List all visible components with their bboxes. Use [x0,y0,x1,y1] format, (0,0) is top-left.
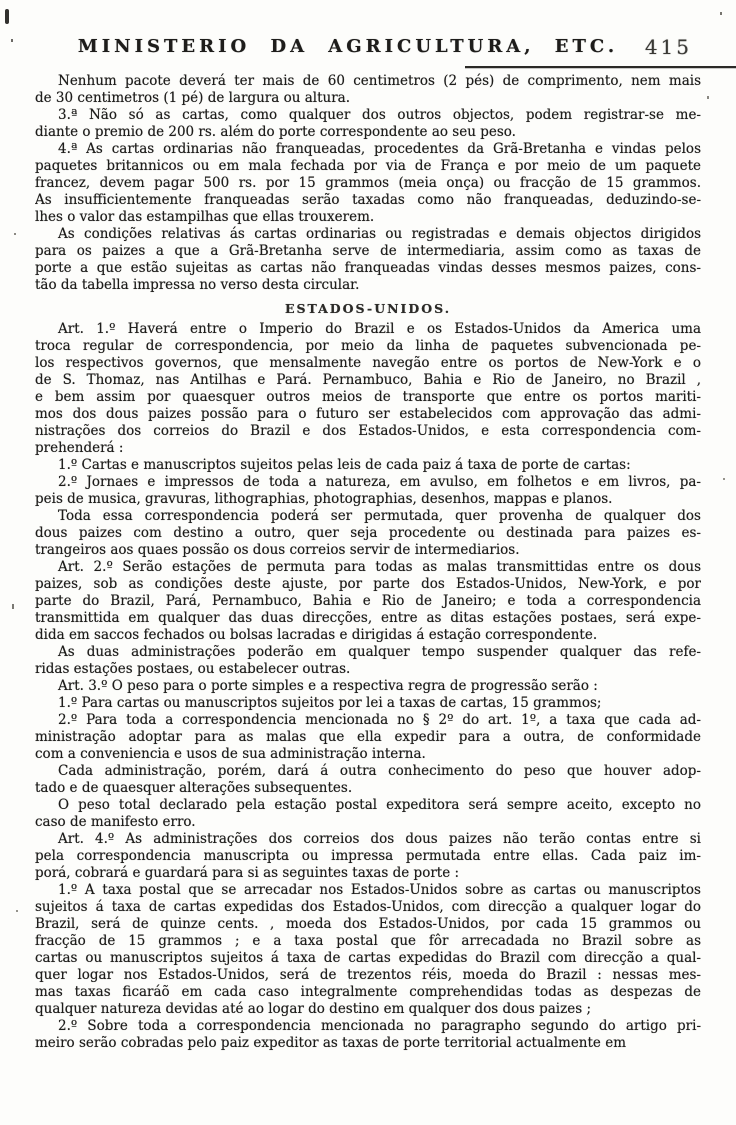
text-line: peis de musica, gravuras, lithographias,… [35,491,701,508]
text-line: com a conveniencia e usos de sua adminis… [35,746,701,763]
scan-speck [720,12,722,15]
paragraph: Art. 2.º Serão estações de permuta para … [35,559,701,644]
text-line: paizes, sob as condições deste ajuste, p… [35,576,701,593]
text-line: Cada administração, porém, dará á outra … [35,763,701,780]
text-line: troca regular de correspondencia, por me… [35,338,701,355]
paragraph: 1.º A taxa postal que se arrecadar nos E… [35,882,701,1018]
paragraph: Nenhum pacote deverá ter mais de 60 cent… [35,73,701,107]
paragraph: O peso total declarado pela estação post… [35,797,701,831]
text-line: Art. 1.º Haverá entre o Imperio do Brazi… [35,321,701,338]
paragraph: As condições relativas ás cartas ordinar… [35,226,701,294]
text-line: porá, cobrará e guardará para si as segu… [35,865,701,882]
text-line: de S. Thomaz, nas Antilhas e Pará. Perna… [35,372,701,389]
text-line: dida em saccos fechados ou bolsas lacrad… [35,627,701,644]
paragraph: Cada administração, porém, dará á outra … [35,763,701,797]
scanned-document-page: MINISTERIO DA AGRICULTURA, ETC. 415 Nenh… [0,0,736,1125]
text-line: 2.º Sobre toda a correspondencia mencion… [35,1018,701,1035]
text-line: mos dos dous paizes possão para o futuro… [35,406,701,423]
text-line: As condições relativas ás cartas ordinar… [35,226,701,243]
text-line: Art. 2.º Serão estações de permuta para … [35,559,701,576]
paragraph: 4.ª As cartas ordinarias não franqueadas… [35,141,701,226]
paragraph: Art. 4.º As administrações dos correios … [35,831,701,882]
page-number: 415 [645,35,692,59]
text-line: Art. 4.º As administrações dos correios … [35,831,701,848]
text-line: parte do Brazil, Pará, Pernambuco, Bahia… [35,593,701,610]
paragraph: Art. 3.º O peso para o porte simples e a… [35,678,701,695]
scan-speck [12,604,14,609]
page-title: MINISTERIO DA AGRICULTURA, ETC. [0,36,696,57]
text-line: 1.º Para cartas ou manuscriptos sujeitos… [35,695,701,712]
text-line: para os paizes a que a Grã-Bretanha serv… [35,243,701,260]
text-line: qualquer natureza devidas até ao logar d… [35,1001,701,1018]
text-line: de 30 centimetros (1 pé) de largura ou a… [35,90,701,107]
text-line: tão da tabella impressa no verso desta c… [35,277,701,294]
document-body: Nenhum pacote deverá ter mais de 60 cent… [35,73,701,1052]
text-line: francez, devem pagar 500 rs. por 15 gram… [35,175,701,192]
paragraph: Toda essa correspondencia poderá ser per… [35,508,701,559]
scan-speck [5,9,9,24]
scan-speck [16,910,18,912]
text-line: meiro serão cobradas pelo paiz expeditor… [35,1035,701,1052]
paragraph: 2.º Sobre toda a correspondencia mencion… [35,1018,701,1052]
text-line: 1.º A taxa postal que se arrecadar nos E… [35,882,701,899]
text-line: 2.º Jornaes e impressos de toda a nature… [35,474,701,491]
header-rule [465,66,736,68]
text-line: cartas ou manuscriptos sujeitos á taxa d… [35,950,701,967]
text-line: As duas administrações poderão em qualqu… [35,644,701,661]
text-line: transmittida em qualquer das duas direcç… [35,610,701,627]
text-line: 1.º Cartas e manuscriptos sujeitos pelas… [35,457,701,474]
text-line: 2.º Para toda a correspondencia menciona… [35,712,701,729]
paragraph: 2.º Jornaes e impressos de toda a nature… [35,474,701,508]
text-line: 3.ª Não só as cartas, como qualquer dos … [35,107,701,124]
scan-speck [14,233,16,235]
scan-speck [723,478,725,480]
text-line: quer logar nos Estados-Unidos, será de t… [35,967,701,984]
text-line: nistrações dos correios do Brazil e dos … [35,423,701,440]
text-line: caso de manifesto erro. [35,814,701,831]
text-line: e bem assim por quaesquer outros meios d… [35,389,701,406]
section-heading: ESTADOS-UNIDOS. [35,300,701,317]
text-line: ridas estações postaes, ou estabelecer o… [35,661,701,678]
text-line: sujeitos á taxa de cartas expedidas dos … [35,899,701,916]
text-line: O peso total declarado pela estação post… [35,797,701,814]
paragraph: Art. 1.º Haverá entre o Imperio do Brazi… [35,321,701,457]
text-line: trangeiros aos quaes possão os dous corr… [35,542,701,559]
text-line: dous paizes com destino a outro, quer se… [35,525,701,542]
text-line: porte a que estão sujeitas as cartas não… [35,260,701,277]
text-line: diante o premio de 200 rs. além do porte… [35,124,701,141]
paragraph: 2.º Para toda a correspondencia menciona… [35,712,701,763]
text-line: fracção de 15 grammos ; e a taxa postal … [35,933,701,950]
text-line: Brazil, será de quinze cents. , moeda do… [35,916,701,933]
text-line: ministração adoptar para as malas que el… [35,729,701,746]
paragraph: 1.º Cartas e manuscriptos sujeitos pelas… [35,457,701,474]
text-line: paquetes britannicos ou em mala fechada … [35,158,701,175]
text-line: tado e de quaesquer alterações subsequen… [35,780,701,797]
text-line: mas taxas ficaráõ em cada caso integralm… [35,984,701,1001]
text-line: As insufficientemente franqueadas serão … [35,192,701,209]
text-line: pela correspondencia manuscripta ou impr… [35,848,701,865]
scan-speck [11,39,13,42]
text-line: prehenderá : [35,440,701,457]
text-line: Nenhum pacote deverá ter mais de 60 cent… [35,73,701,90]
text-line: los respectivos governos, que mensalment… [35,355,701,372]
paragraph: 1.º Para cartas ou manuscriptos sujeitos… [35,695,701,712]
page-header: MINISTERIO DA AGRICULTURA, ETC. 415 [0,34,736,68]
text-line: Toda essa correspondencia poderá ser per… [35,508,701,525]
scan-speck [707,96,709,99]
paragraph: 3.ª Não só as cartas, como qualquer dos … [35,107,701,141]
paragraph: As duas administrações poderão em qualqu… [35,644,701,678]
text-line: lhes o valor das estampilhas que ellas t… [35,209,701,226]
text-line: Art. 3.º O peso para o porte simples e a… [35,678,701,695]
text-line: 4.ª As cartas ordinarias não franqueadas… [35,141,701,158]
